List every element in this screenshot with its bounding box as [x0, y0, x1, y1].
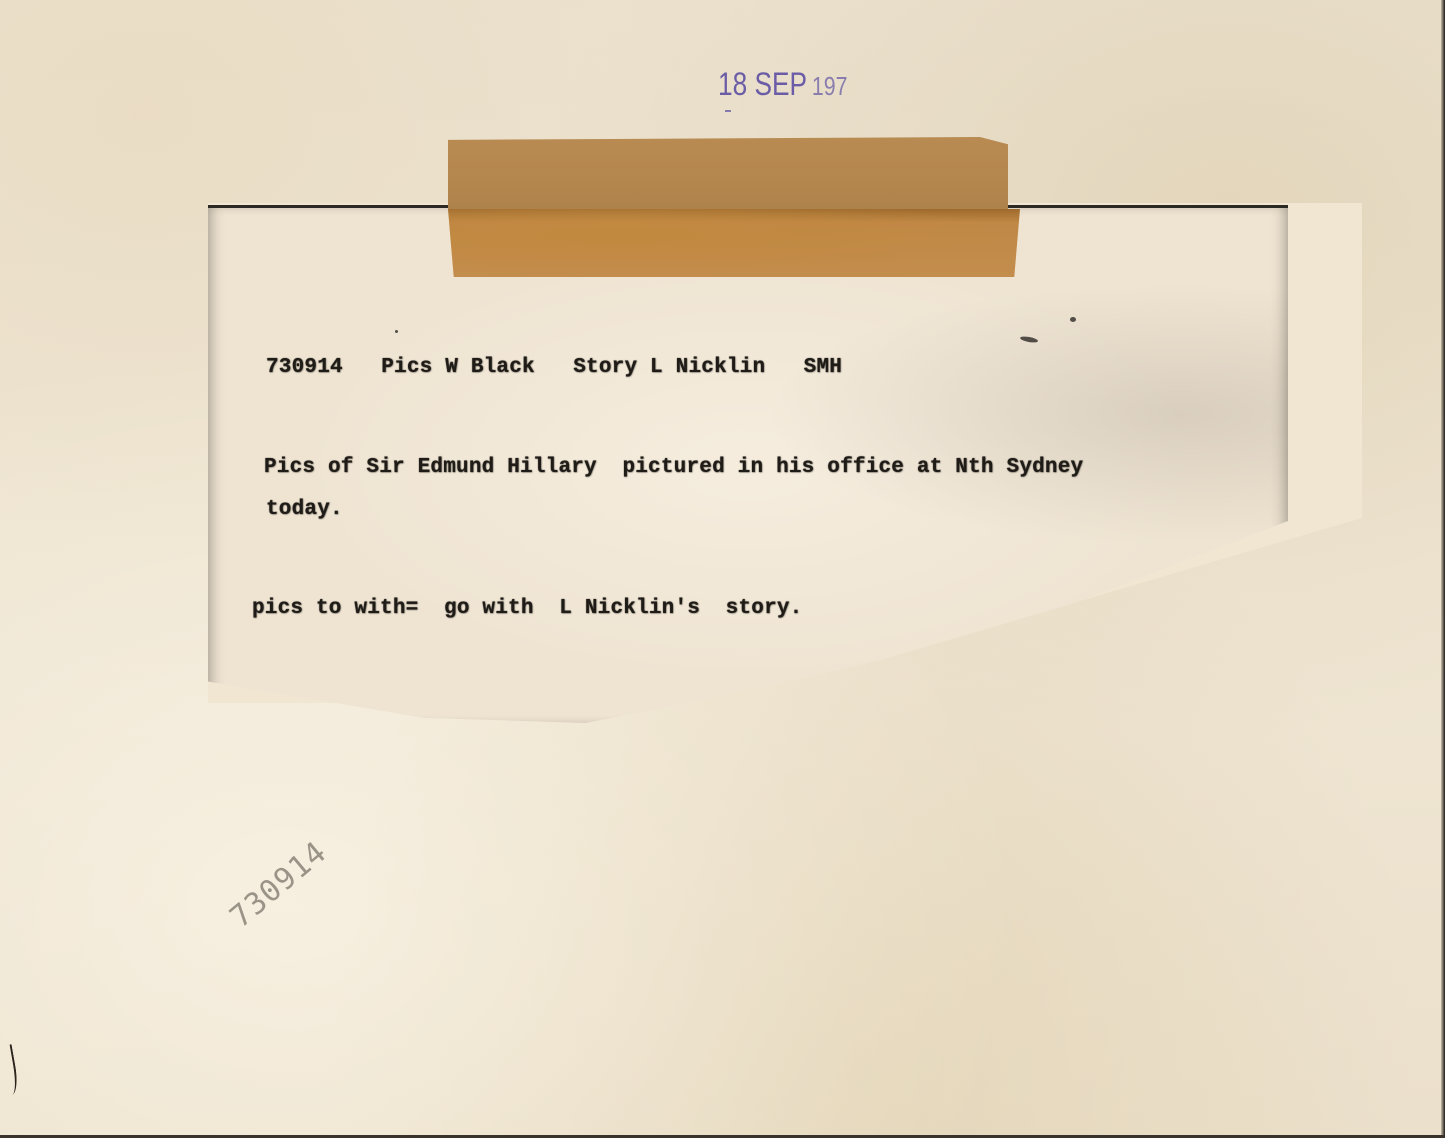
- photo-card-back: 18 SEP197 730914 Pics W Black Story L Ni…: [0, 0, 1445, 1138]
- date-stamp: 18 SEP197: [718, 66, 847, 103]
- caption-header-line: 730914 Pics W Black Story L Nicklin SMH: [266, 356, 842, 379]
- tape-lower-half: [448, 209, 1020, 277]
- pencil-reference-number: 730914: [224, 835, 334, 935]
- caption-note-line: pics to with= go with L Nicklin's story.: [252, 597, 803, 620]
- tape-upper-half: [448, 137, 1008, 209]
- adhesive-tape: [448, 137, 1008, 277]
- card-right-edge: [1441, 0, 1445, 1138]
- caption-body-line-1: Pics of Sir Edmund Hillary pictured in h…: [264, 456, 1083, 479]
- ink-speck: [395, 330, 398, 333]
- date-stamp-day-month: 18 SEP: [718, 66, 807, 102]
- date-stamp-year: 197: [812, 71, 848, 101]
- stamp-ink-dot: [725, 110, 731, 112]
- card-scratch-mark: [0, 1044, 20, 1096]
- caption-body-line-2: today.: [266, 498, 343, 521]
- ink-speck: [1070, 317, 1076, 322]
